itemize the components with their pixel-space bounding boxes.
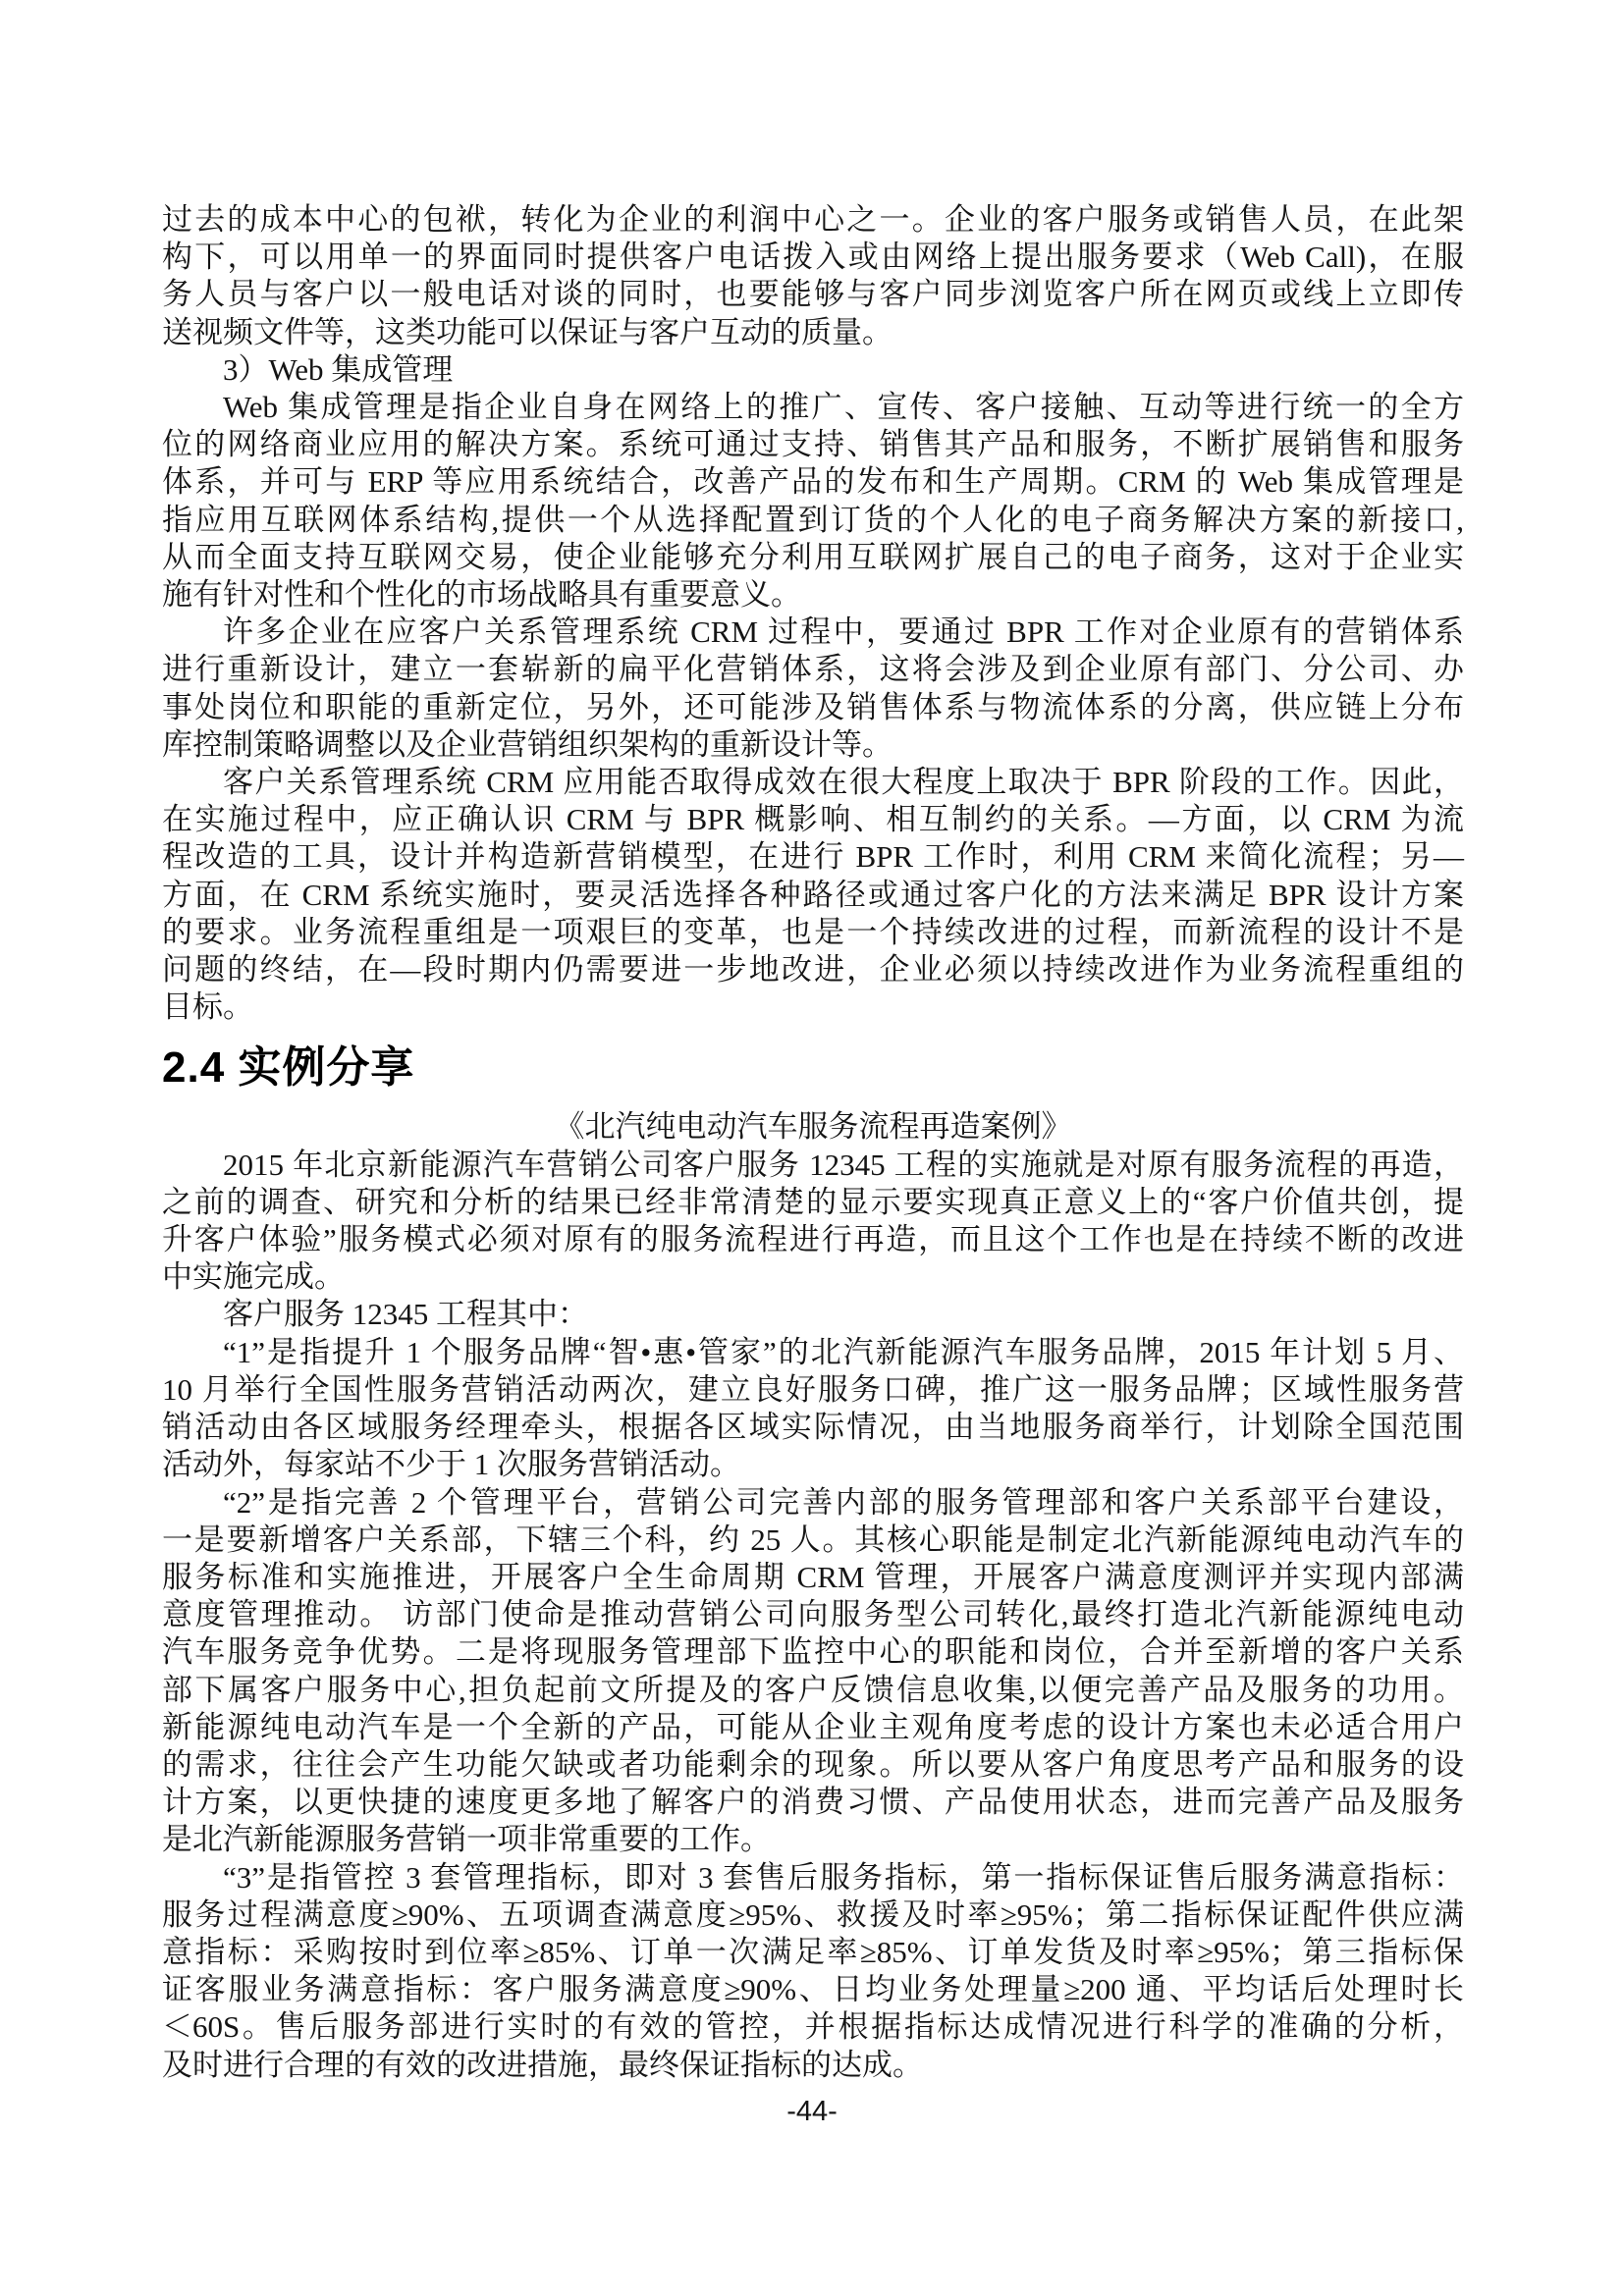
text-line: 是北汽新能源服务营销一项非常重要的工作。 bbox=[162, 1821, 1464, 1858]
text-line: 目标。 bbox=[162, 988, 1464, 1026]
text-line: 中实施完成。 bbox=[162, 1258, 1464, 1296]
paragraph: “2”是指完善 2 个管理平台，营销公司完善内部的服务管理部和客户关系部平台建设… bbox=[162, 1484, 1464, 1859]
paragraph: 3）Web 集成管理 bbox=[162, 351, 1464, 389]
text-line: 问题的终结，在—段时期内仍需要进一步地改进，企业必须以持续改进作为业务流程重组的 bbox=[162, 951, 1464, 988]
text-line: 在实施过程中，应正确认识 CRM 与 BPR 概影响、相互制约的关系。—方面，以… bbox=[162, 801, 1464, 838]
paragraph: 许多企业在应客户关系管理系统 CRM 过程中，要通过 BPR 工作对企业原有的营… bbox=[162, 614, 1464, 764]
text-line: 进行重新设计，建立一套崭新的扁平化营销体系，这将会涉及到企业原有部门、分公司、办 bbox=[162, 651, 1464, 688]
paragraph: 2015 年北京新能源汽车营销公司客户服务 12345 工程的实施就是对原有服务… bbox=[162, 1147, 1464, 1297]
text-line: 升客户体验”服务模式必须对原有的服务流程进行再造，而且这个工作也是在持续不断的改… bbox=[162, 1221, 1464, 1258]
text-line: 证客服业务满意指标：客户服务满意度≥90%、日均业务处理量≥200 通、平均话后… bbox=[162, 1971, 1464, 2008]
body-top: 过去的成本中心的包袱，转化为企业的利润中心之一。企业的客户服务或销售人员，在此架… bbox=[162, 201, 1464, 1026]
text-line: 从而全面支持互联网交易，使企业能够充分利用互联网扩展自己的电子商务，这对于企业实 bbox=[162, 539, 1464, 576]
page-number: -44- bbox=[0, 2096, 1624, 2128]
paragraph: Web 集成管理是指企业自身在网络上的推广、宣传、客户接触、互动等进行统一的全方… bbox=[162, 389, 1464, 614]
text-line: 之前的调查、研究和分析的结果已经非常清楚的显示要实现真正意义上的“客户价值共创，… bbox=[162, 1184, 1464, 1221]
section-heading: 2.4 实例分享 bbox=[162, 1041, 1464, 1095]
text-line: 活动外，每家站不少于 1 次服务营销活动。 bbox=[162, 1446, 1464, 1483]
paragraph: 客户关系管理系统 CRM 应用能否取得成效在很大程度上取决于 BPR 阶段的工作… bbox=[162, 764, 1464, 1026]
text-line: 客户服务 12345 工程其中： bbox=[162, 1296, 1464, 1333]
text-line: 的要求。业务流程重组是一项艰巨的变革，也是一个持续改进的过程，而新流程的设计不是 bbox=[162, 914, 1464, 951]
text-line: 意度管理推动。 访部门使命是推动营销公司向服务型公司转化,最终打造北汽新能源纯电… bbox=[162, 1596, 1464, 1633]
text-line: ＜60S。售后服务部进行实时的有效的管控，并根据指标达成情况进行科学的准确的分析… bbox=[162, 2008, 1464, 2046]
paragraph: 客户服务 12345 工程其中： bbox=[162, 1296, 1464, 1333]
text-line: “2”是指完善 2 个管理平台，营销公司完善内部的服务管理部和客户关系部平台建设… bbox=[162, 1484, 1464, 1522]
page-content: 过去的成本中心的包袱，转化为企业的利润中心之一。企业的客户服务或销售人员，在此架… bbox=[162, 201, 1464, 2084]
text-line: 意指标：采购按时到位率≥85%、订单一次满足率≥85%、订单发货及时率≥95%；… bbox=[162, 1934, 1464, 1971]
text-line: 构下，可以用单一的界面同时提供客户电话拨入或由网络上提出服务要求（Web Cal… bbox=[162, 239, 1464, 276]
text-line: 2015 年北京新能源汽车营销公司客户服务 12345 工程的实施就是对原有服务… bbox=[162, 1147, 1464, 1184]
text-line: 过去的成本中心的包袱，转化为企业的利润中心之一。企业的客户服务或销售人员，在此架 bbox=[162, 201, 1464, 239]
text-line: “3”是指管控 3 套管理指标，即对 3 套售后服务指标，第一指标保证售后服务满… bbox=[162, 1859, 1464, 1896]
text-line: 10 月举行全国性服务营销活动两次，建立良好服务口碑，推广这一服务品牌；区域性服… bbox=[162, 1371, 1464, 1409]
text-line: 3）Web 集成管理 bbox=[162, 351, 1464, 389]
paragraph: “3”是指管控 3 套管理指标，即对 3 套售后服务指标，第一指标保证售后服务满… bbox=[162, 1859, 1464, 2084]
text-line: 销活动由各区域服务经理牵头，根据各区域实际情况，由当地服务商举行，计划除全国范围 bbox=[162, 1409, 1464, 1446]
document-page: 过去的成本中心的包袱，转化为企业的利润中心之一。企业的客户服务或销售人员，在此架… bbox=[0, 0, 1624, 2296]
text-line: 部下属客户服务中心,担负起前文所提及的客户反馈信息收集,以便完善产品及服务的功用… bbox=[162, 1672, 1464, 1709]
text-line: 方面，在 CRM 系统实施时，要灵活选择各种路径或通过客户化的方法来满足 BPR… bbox=[162, 877, 1464, 914]
text-line: 位的网络商业应用的解决方案。系统可通过支持、销售其产品和服务，不断扩展销售和服务 bbox=[162, 426, 1464, 463]
paragraph: 过去的成本中心的包袱，转化为企业的利润中心之一。企业的客户服务或销售人员，在此架… bbox=[162, 201, 1464, 351]
text-line: 指应用互联网体系结构,提供一个从选择配置到订货的个人化的电子商务解决方案的新接口… bbox=[162, 502, 1464, 539]
text-line: 及时进行合理的有效的改进措施，最终保证指标的达成。 bbox=[162, 2047, 1464, 2084]
text-line: 服务过程满意度≥90%、五项调查满意度≥95%、救援及时率≥95%；第二指标保证… bbox=[162, 1896, 1464, 1934]
text-line: Web 集成管理是指企业自身在网络上的推广、宣传、客户接触、互动等进行统一的全方 bbox=[162, 389, 1464, 426]
text-line: 新能源纯电动汽车是一个全新的产品，可能从企业主观角度考虑的设计方案也未必适合用户 bbox=[162, 1709, 1464, 1746]
text-line: 一是要新增客户关系部，下辖三个科，约 25 人。其核心职能是制定北汽新能源纯电动… bbox=[162, 1522, 1464, 1559]
text-line: 送视频文件等，这类功能可以保证与客户互动的质量。 bbox=[162, 314, 1464, 351]
text-line: 务人员与客户以一般电话对谈的同时，也要能够与客户同步浏览客户所在网页或线上立即传 bbox=[162, 276, 1464, 313]
text-line: 程改造的工具，设计并构造新营销模型，在进行 BPR 工作时，利用 CRM 来简化… bbox=[162, 838, 1464, 876]
text-line: 汽车服务竞争优势。二是将现服务管理部下监控中心的职能和岗位，合并至新增的客户关系 bbox=[162, 1633, 1464, 1671]
body-bottom: 2015 年北京新能源汽车营销公司客户服务 12345 工程的实施就是对原有服务… bbox=[162, 1147, 1464, 2084]
paragraph: “1”是指提升 1 个服务品牌“智•惠•管家”的北汽新能源汽车服务品牌，2015… bbox=[162, 1334, 1464, 1484]
text-line: 客户关系管理系统 CRM 应用能否取得成效在很大程度上取决于 BPR 阶段的工作… bbox=[162, 764, 1464, 801]
text-line: 库控制策略调整以及企业营销组织架构的重新设计等。 bbox=[162, 726, 1464, 764]
text-line: 事处岗位和职能的重新定位，另外，还可能涉及销售体系与物流体系的分离，供应链上分布 bbox=[162, 689, 1464, 726]
text-line: 计方案，以更快捷的速度更多地了解客户的消费习惯、产品使用状态，进而完善产品及服务 bbox=[162, 1784, 1464, 1821]
text-line: 的需求，往往会产生功能欠缺或者功能剩余的现象。所以要从客户角度思考产品和服务的设 bbox=[162, 1746, 1464, 1784]
text-line: “1”是指提升 1 个服务品牌“智•惠•管家”的北汽新能源汽车服务品牌，2015… bbox=[162, 1334, 1464, 1371]
text-line: 许多企业在应客户关系管理系统 CRM 过程中，要通过 BPR 工作对企业原有的营… bbox=[162, 614, 1464, 651]
case-title: 《北汽纯电动汽车服务流程再造案例》 bbox=[162, 1108, 1464, 1146]
text-line: 服务标准和实施推进，开展客户全生命周期 CRM 管理，开展客户满意度测评并实现内… bbox=[162, 1559, 1464, 1596]
text-line: 施有针对性和个性化的市场战略具有重要意义。 bbox=[162, 576, 1464, 614]
text-line: 体系，并可与 ERP 等应用系统结合，改善产品的发布和生产周期。CRM 的 We… bbox=[162, 463, 1464, 501]
